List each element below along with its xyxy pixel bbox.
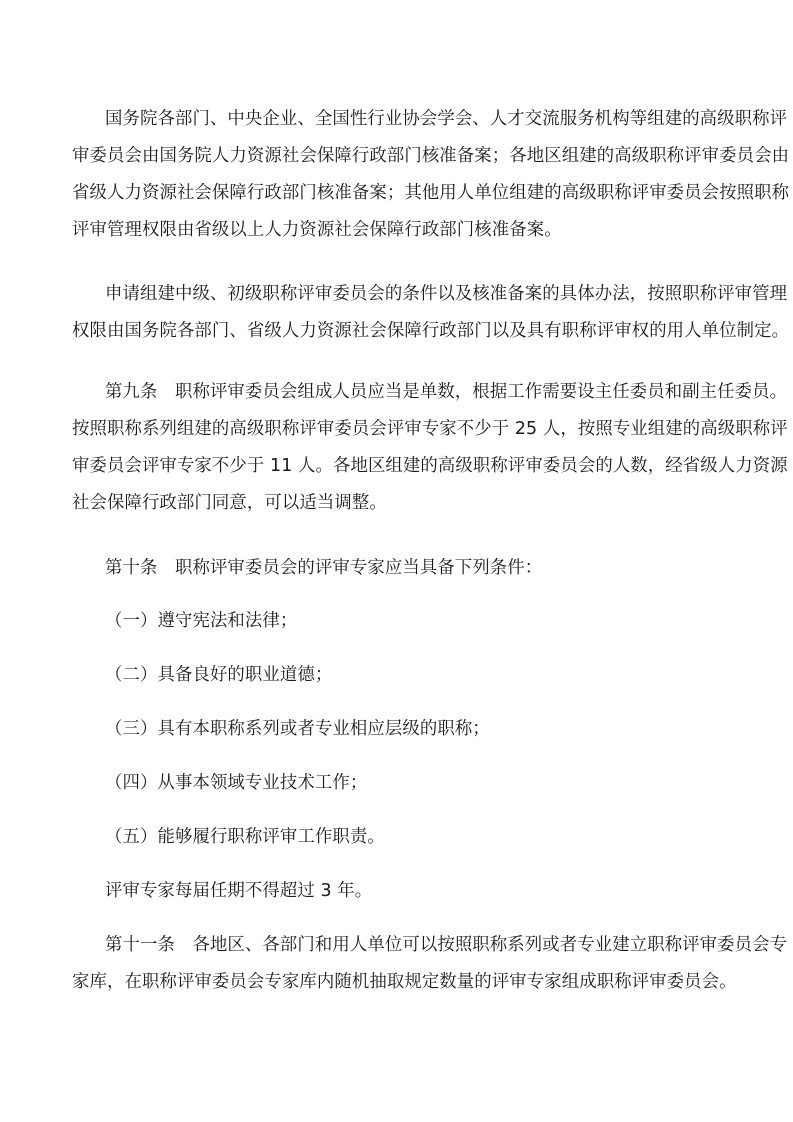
paragraph-approval-senior-line-3: 省级人力资源社会保障行政部门核准备案；其他用人单位组建的高级职称评审委员会按照职… <box>72 182 789 204</box>
article-9-line-2: 按照职称系列组建的高级职称评审委员会评审专家不少于 25 人，按照专业组建的高级… <box>72 418 788 440</box>
condition-item-3: （三）具有本职称系列或者专业相应层级的职称； <box>105 718 490 740</box>
article-11-line-2: 家库，在职称评审委员会专家库内随机抽取规定数量的评审专家组成职称评审委员会。 <box>72 971 737 993</box>
term-limit-text: 评审专家每届任期不得超过 3 年。 <box>105 880 372 902</box>
article-11-line-1: 第十一条 各地区、各部门和用人单位可以按照职称系列或者专业建立职称评审委员会专 <box>105 934 787 956</box>
article-9-line-3: 审委员会评审专家不少于 11 人。各地区组建的高级职称评审委员会的人数，经省级人… <box>72 455 788 477</box>
article-9-line-4: 社会保障行政部门同意，可以适当调整。 <box>72 492 387 514</box>
condition-item-2: （二）具备良好的职业道德； <box>105 664 332 686</box>
paragraph-approval-middle-junior-line-2: 权限由国务院各部门、省级人力资源社会保障行政部门以及具有职称评审权的用人单位制定… <box>72 320 789 342</box>
paragraph-approval-middle-junior-line-1: 申请组建中级、初级职称评审委员会的条件以及核准备案的具体办法，按照职称评审管理 <box>105 283 787 305</box>
paragraph-approval-senior-line-4: 评审管理权限由省级以上人力资源社会保障行政部门核准备案。 <box>72 219 562 241</box>
paragraph-approval-senior-line-1: 国务院各部门、中央企业、全国性行业协会学会、人才交流服务机构等组建的高级职称评 <box>105 108 787 130</box>
article-9-line-1: 第九条 职称评审委员会组成人员应当是单数，根据工作需要设主任委员和副主任委员。 <box>105 381 787 403</box>
article-10-heading: 第十条 职称评审委员会的评审专家应当具备下列条件： <box>105 557 542 579</box>
condition-item-5: （五）能够履行职称评审工作职责。 <box>105 826 385 848</box>
condition-item-1: （一）遵守宪法和法律； <box>105 610 297 632</box>
paragraph-approval-senior-line-2: 审委员会由国务院人力资源社会保障行政部门核准备案；各地区组建的高级职称评审委员会… <box>72 145 789 167</box>
condition-item-4: （四）从事本领域专业技术工作； <box>105 772 367 794</box>
